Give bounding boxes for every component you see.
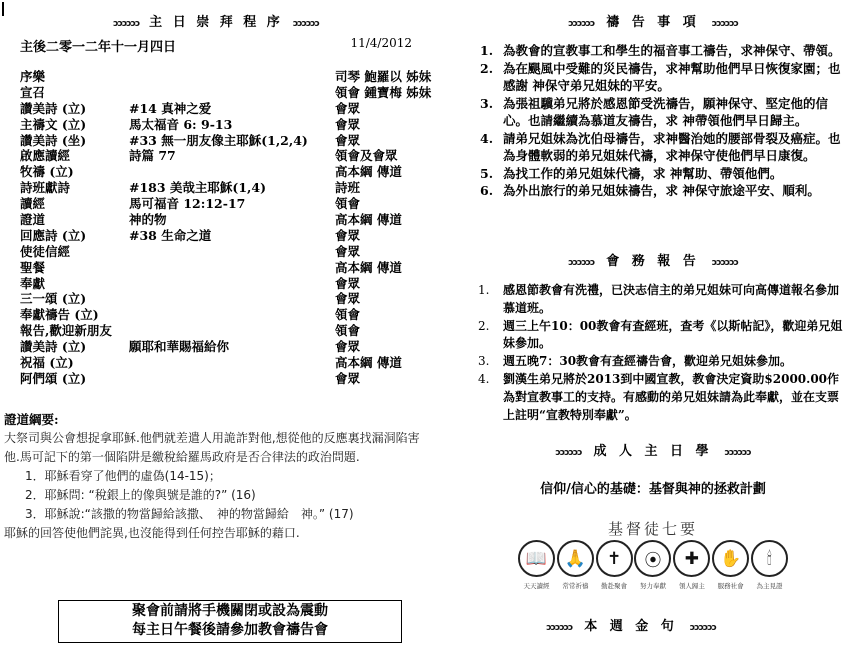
prayer-item: 5.為找工作的弟兄姐妹代禱，求 神幫助、帶領他們。 — [480, 165, 850, 183]
ornament-icon: ↄↄↄↄↄↄ — [725, 448, 751, 458]
candle-icon: 🕯 — [751, 540, 788, 577]
essential-label: 努力奉獻 — [634, 581, 671, 590]
worship-program-panel: ↄↄↄↄↄↄ主 日 崇 拜 程 序ↄↄↄↄↄↄ 主後二零一二年十一月四日 11/… — [0, 0, 440, 667]
essential-label: 勤赴聚會 — [596, 581, 633, 590]
seven-essentials-labels: 天天讀經 常常祈禱 勤赴聚會 努力奉獻 領人歸主 服務社會 為主見證 — [518, 581, 788, 590]
announcement-list: 1.感恩節教會有洗禮，已決志信主的弟兄姐妹可向高傳道報名參加慕道班。 2.週三上… — [478, 282, 850, 424]
ornament-icon: ↄↄↄↄↄↄ — [568, 19, 594, 29]
order-row: 讚美詩 (立)#14 真神之爱會眾 — [20, 101, 430, 117]
seven-essentials-title: 基督徒七要 — [518, 518, 788, 538]
order-row: 啟應讀經詩篇 77領會及會眾 — [20, 148, 430, 164]
announcement-item: 1.感恩節教會有洗禮，已決志信主的弟兄姐妹可向高傳道報名參加慕道班。 — [478, 282, 850, 318]
order-row: 詩班獻詩#183 美哉主耶穌(1,4)詩班 — [20, 180, 430, 196]
notice-box: 聚會前請將手機關閉或設為震動 每主日午餐後請參加教會禱告會 — [58, 600, 402, 643]
order-row: 讚美詩 (坐)#33 無一朋友像主耶穌(1,2,4)會眾 — [20, 133, 430, 149]
order-row: 阿們頌 (立)會眾 — [20, 371, 430, 387]
prayer-item: 4.請弟兄姐妹為沈伯母禱告，求神醫治她的腰部骨裂及癌症。也為身體軟弱的弟兄姐妹代… — [480, 130, 850, 165]
giving-icon: ⦿ — [634, 540, 671, 577]
order-row: 回應詩 (立)#38 生命之道會眾 — [20, 228, 430, 244]
sunday-school-section-title: ↄↄↄↄↄↄ成 人 主 日 學ↄↄↄↄↄↄ — [440, 440, 866, 459]
announcement-item: 4.劉漢生弟兄將於2013到中國宣教，教會決定資助$2000.00作為對宣教事工… — [478, 371, 850, 424]
date-row: 主後二零一二年十一月四日 11/4/2012 — [20, 36, 412, 55]
sermon-heading: 證道綱要: — [4, 410, 424, 429]
order-row: 序樂司琴 鮑羅以 姊妹 — [20, 69, 430, 85]
prayer-section-title: ↄↄↄↄↄↄ禱 告 事 項ↄↄↄↄↄↄ — [440, 11, 866, 30]
essential-label: 為主見證 — [751, 581, 788, 590]
date-english: 11/4/2012 — [350, 36, 412, 50]
sermon-intro: 大祭司與公會想捉拿耶穌.他們就差遣人用詭詐對他,想從他的反應裏找漏洞陷害他.馬可… — [4, 429, 424, 467]
order-row: 奉獻會眾 — [20, 276, 430, 292]
sermon-outline: 證道綱要: 大祭司與公會想捉拿耶穌.他們就差遣人用詭詐對他,想從他的反應裏找漏洞… — [4, 410, 424, 543]
order-row: 奉獻禱告 (立)領會 — [20, 307, 430, 323]
seven-essentials-graphic: 基督徒七要 📖 🙏 ✝ ⦿ ✚ ✋ 🕯 天天讀經 常常祈禱 勤赴聚會 努力奉獻 … — [518, 518, 788, 590]
notice-line: 聚會前請將手機關閉或設為震動 — [59, 602, 401, 621]
essential-label: 天天讀經 — [518, 581, 555, 590]
prayer-item: 1.為教會的宣教事工和學生的福音事工禱告，求神保守、帶領。 — [480, 42, 850, 60]
prayer-item: 2.為在颶風中受難的災民禱告，求神幫助他們早日恢復家園；也感謝 神保守弟兄姐妹的… — [480, 60, 850, 95]
order-row: 報告,歡迎新朋友領會 — [20, 323, 430, 339]
order-row: 牧禱 (立)高本綱 傳道 — [20, 164, 430, 180]
praying-icon: 🙏 — [557, 540, 594, 577]
order-row: 證道神的物高本綱 傳道 — [20, 212, 430, 228]
service-icon: ✋ — [712, 540, 749, 577]
order-row: 讚美詩 (立)願耶和華賜福給你會眾 — [20, 339, 430, 355]
order-row: 聖餐高本綱 傳道 — [20, 260, 430, 276]
ornament-icon: ↄↄↄↄↄↄ — [113, 19, 139, 29]
ornament-icon: ↄↄↄↄↄↄ — [690, 623, 716, 633]
ornament-icon: ↄↄↄↄↄↄ — [712, 258, 738, 268]
ornament-icon: ↄↄↄↄↄↄ — [293, 19, 319, 29]
verse-section-title: ↄↄↄↄↄↄ本 週 金 句ↄↄↄↄↄↄ — [418, 615, 844, 634]
ornament-icon: ↄↄↄↄↄↄ — [568, 258, 594, 268]
announcement-item: 2.週三上午10：00教會有查經班，查考《以斯帖記》，歡迎弟兄姐妹參加。 — [478, 318, 850, 354]
order-row: 祝福 (立)高本綱 傳道 — [20, 355, 430, 371]
sermon-conclusion: 耶穌的回答使他們詫異,也沒能得到任何控告耶穌的藉口. — [4, 524, 424, 543]
evangelism-icon: ✚ — [673, 540, 710, 577]
worship-program-title: ↄↄↄↄↄↄ主 日 崇 拜 程 序ↄↄↄↄↄↄ — [76, 11, 356, 30]
ornament-icon: ↄↄↄↄↄↄ — [712, 19, 738, 29]
seven-essentials-icons: 📖 🙏 ✝ ⦿ ✚ ✋ 🕯 — [518, 540, 788, 577]
prayer-item: 3.為張祖驥弟兄將於感恩節受洗禱告，願神保守、堅定他的信心。也請繼續為慕道友禱告… — [480, 95, 850, 130]
order-of-service: 序樂司琴 鮑羅以 姊妹 宣召領會 鍾寶梅 姊妹 讚美詩 (立)#14 真神之爱會… — [20, 69, 430, 387]
notice-line: 每主日午餐後請參加教會禱告會 — [59, 621, 401, 640]
essential-label: 服務社會 — [712, 581, 749, 590]
ornament-icon: ↄↄↄↄↄↄ — [555, 448, 581, 458]
sunday-school-topic: 信仰/信心的基礎：基督與神的拯救計劃 — [440, 478, 866, 497]
order-row: 宣召領會 鍾寶梅 姊妹 — [20, 85, 430, 101]
gathering-icon: ✝ — [596, 540, 633, 577]
sermon-point: 3．耶穌說:“該撒的物當歸給該撒、 神的物當歸給 神。” (17) — [4, 505, 424, 524]
announcements-section-title: ↄↄↄↄↄↄ會 務 報 告ↄↄↄↄↄↄ — [440, 250, 866, 269]
order-row: 讀經馬可福音 12:12-17領會 — [20, 196, 430, 212]
ornament-icon: ↄↄↄↄↄↄ — [546, 623, 572, 633]
bulletin-right-panel: ↄↄↄↄↄↄ禱 告 事 項ↄↄↄↄↄↄ 1.為教會的宣教事工和學生的福音事工禱告… — [440, 0, 866, 667]
essential-label: 領人歸主 — [673, 581, 710, 590]
date-chinese: 主後二零一二年十一月四日 — [20, 40, 176, 55]
order-row: 使徒信經會眾 — [20, 244, 430, 260]
prayer-list: 1.為教會的宣教事工和學生的福音事工禱告，求神保守、帶領。 2.為在颶風中受難的… — [480, 42, 850, 200]
prayer-item: 6.為外出旅行的弟兄姐妹禱告，求 神保守旅途平安、順利。 — [480, 182, 850, 200]
reading-icon: 📖 — [518, 540, 555, 577]
order-row: 三一頌 (立)會眾 — [20, 291, 430, 307]
sermon-point: 1．耶穌看穿了他們的虛偽(14-15)； — [4, 467, 424, 486]
announcement-item: 3.週五晚7：30教會有查經禱告會，歡迎弟兄姐妹參加。 — [478, 353, 850, 371]
order-row: 主禱文 (立)馬太福音 6: 9-13會眾 — [20, 117, 430, 133]
essential-label: 常常祈禱 — [557, 581, 594, 590]
sermon-point: 2．耶穌問: “稅銀上的像與號是誰的?” (16) — [4, 486, 424, 505]
